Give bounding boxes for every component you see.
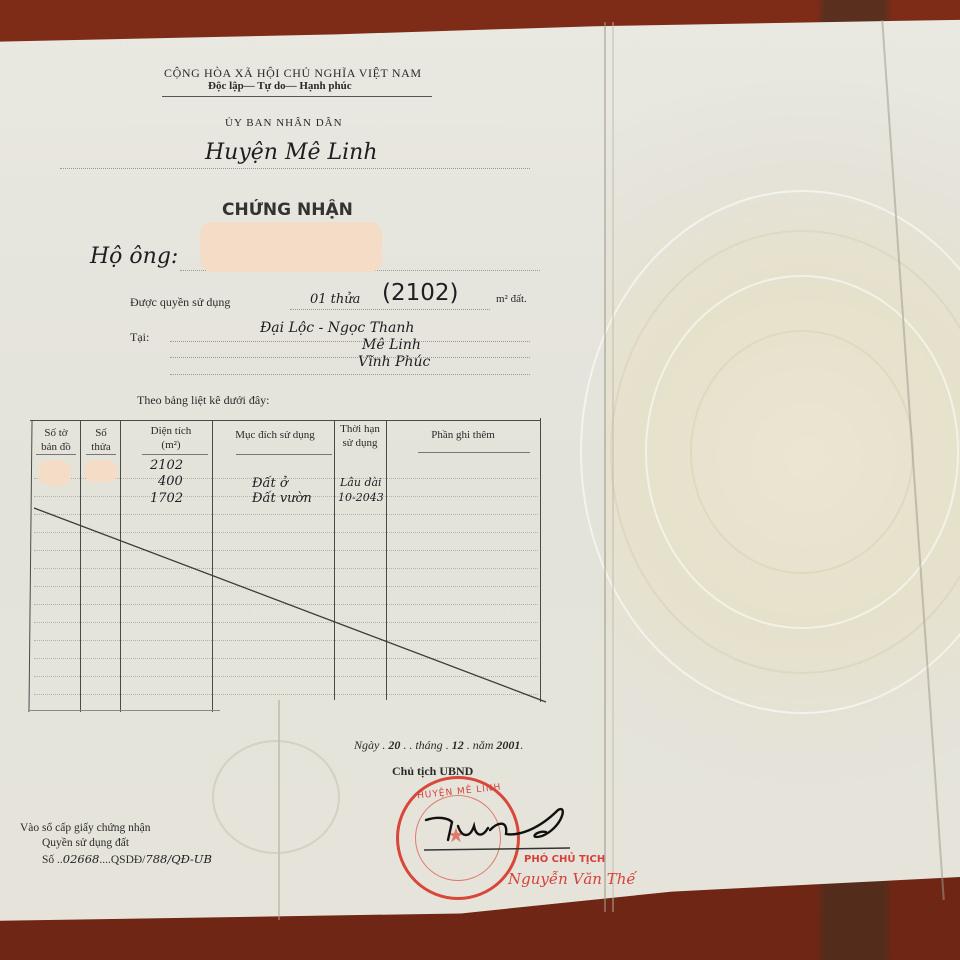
location-dotted-line bbox=[170, 341, 530, 342]
issuer-dotted-line bbox=[60, 168, 530, 169]
national-header: CỘNG HÒA XÃ HỘI CHỦ NGHĨA VIỆT NAM bbox=[164, 66, 422, 81]
usage-dotted-line bbox=[290, 309, 490, 310]
issue-date: Ngày . 20 . . tháng . 12 . năm 2001. bbox=[354, 738, 523, 753]
signatory-title: PHÓ CHỦ TỊCH bbox=[524, 854, 605, 865]
registry-number: Số ..02668....QSDĐ/788/QĐ-UB bbox=[42, 852, 212, 866]
embossed-seal bbox=[212, 740, 340, 854]
holder-name-redaction bbox=[200, 222, 382, 272]
issuer-label: ỦY BAN NHÂN DÂN bbox=[225, 117, 343, 129]
location-dotted-line bbox=[170, 374, 530, 375]
usage-unit: m² đất. bbox=[496, 293, 527, 305]
registry-line-2: Quyền sử dụng đất bbox=[42, 837, 129, 849]
location-line-2: Mê Linh bbox=[362, 337, 421, 353]
emblem-watermark-ring bbox=[690, 330, 914, 574]
list-intro: Theo bảng liệt kê dưới đây: bbox=[137, 393, 269, 408]
location-label: Tại: bbox=[130, 330, 149, 345]
signature bbox=[418, 800, 578, 860]
usage-area: (2102) bbox=[382, 280, 458, 306]
location-dotted-line bbox=[170, 357, 530, 358]
registry-line-1: Vào sổ cấp giấy chứng nhận bbox=[20, 822, 150, 834]
issuer-name: Huyện Mê Linh bbox=[205, 140, 378, 165]
land-plot-table: Số tờ bản đồ Số thửa Diện tích (m²) Mục … bbox=[26, 416, 546, 712]
certificate-title: CHỨNG NHẬN bbox=[222, 200, 353, 220]
holder-label: Hộ ông: bbox=[90, 244, 178, 269]
fold-line bbox=[604, 22, 606, 912]
national-motto: Độc lập— Tự do— Hạnh phúc bbox=[208, 80, 352, 92]
location-line-1: Đại Lộc - Ngọc Thanh bbox=[260, 320, 414, 336]
header-underline bbox=[162, 96, 432, 97]
usage-plots: 01 thửa bbox=[310, 292, 360, 307]
cancel-diagonal-line bbox=[26, 416, 548, 712]
usage-label: Được quyền sử dụng bbox=[130, 295, 230, 310]
fold-line bbox=[612, 22, 614, 912]
signatory-name: Nguyễn Văn Thế bbox=[508, 870, 636, 888]
